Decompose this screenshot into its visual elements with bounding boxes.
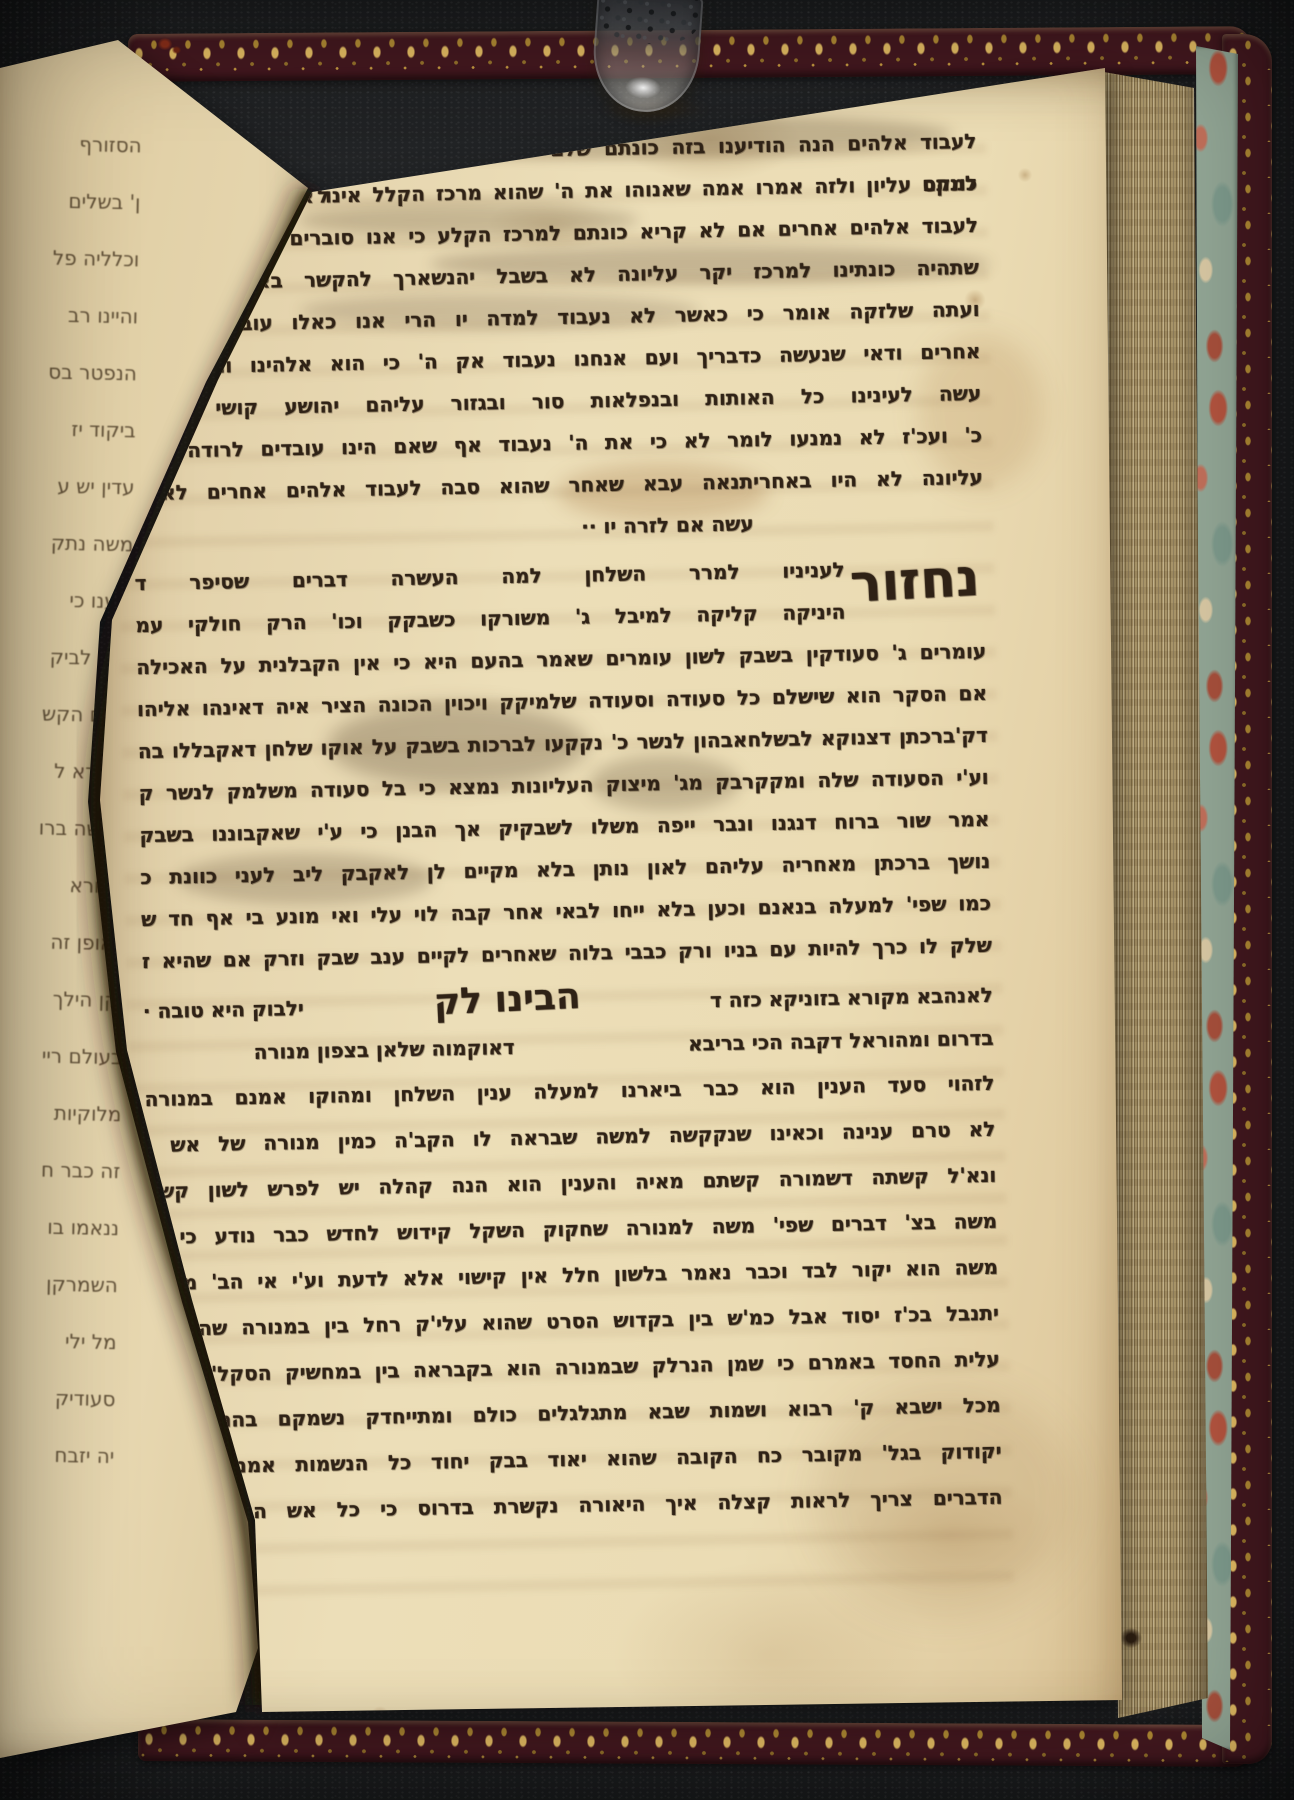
section-heading-word: הבינו לק (432, 972, 581, 1029)
glass-book-weight (590, 0, 704, 115)
section-havinu: ילבוק היא טובה ∙ הבינו לק לאנהבא מקורא ב… (142, 966, 1002, 1536)
text-span: ילבוק היא טובה ∙ (142, 983, 304, 1036)
main-page-wrap: לעבוד אלהים הנה הודיענו בזה כונתם שלם שה… (70, 55, 1140, 1755)
paragraph-one: לעבוד אלהים הנה הודיענו בזה כונתם שלם שה… (126, 120, 984, 556)
text-span: דאוקמוה שלאן בצפון מנורה (253, 1025, 515, 1074)
handwritten-text-block: לעבוד אלהים הנה הודיענו בזה כונתם שלם שה… (126, 120, 1004, 1592)
manuscript-photo: הסזורף ן' בשלים וכלליה פל והיינו רב הנפט… (0, 0, 1294, 1800)
section-nachzor: נחזור לעניניו למרר השלחן למה העשרה דברים… (134, 546, 992, 982)
text-span: בדרום ומהוראל דקבה הכי בריבא (688, 1016, 994, 1066)
main-page: לעבוד אלהים הנה הודיענו בזה כונתם שלם שה… (70, 55, 1140, 1755)
